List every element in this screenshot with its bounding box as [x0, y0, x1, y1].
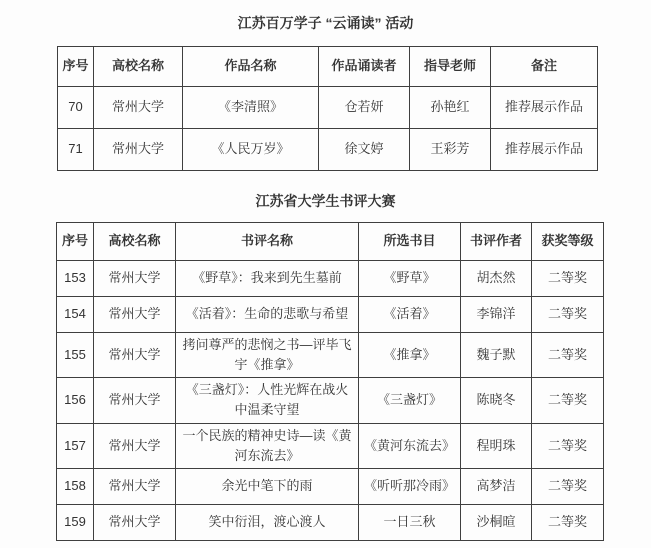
- table-cell: 158: [57, 468, 94, 504]
- table-cell: 二等奖: [532, 504, 604, 540]
- table-cell: 157: [57, 423, 94, 468]
- table-cell: 一日三秋: [359, 504, 461, 540]
- column-header: 所选书目: [359, 223, 461, 261]
- table-cell: 《活着》：生命的悲歌与希望: [176, 297, 359, 333]
- table-cell: 常州大学: [94, 297, 176, 333]
- table-cell: 王彩芳: [410, 129, 491, 171]
- table-cell: 二等奖: [532, 423, 604, 468]
- table-cell: 仓若妍: [319, 87, 410, 129]
- table-cell: 常州大学: [94, 261, 176, 297]
- table-cell: 孙艳红: [410, 87, 491, 129]
- book-review-contest-title: 江苏省大学生书评大赛: [0, 191, 651, 211]
- table-cell: 《李清照》: [183, 87, 319, 129]
- table-cell: 推荐展示作品: [491, 129, 598, 171]
- table-cell: 《野草》：我来到先生墓前: [176, 261, 359, 297]
- table-cell: 《三盏灯》：人性光辉在战火中温柔守望: [176, 378, 359, 423]
- table-row: 156常州大学《三盏灯》：人性光辉在战火中温柔守望《三盏灯》陈晓冬二等奖: [57, 378, 604, 423]
- table-cell: 推荐展示作品: [491, 87, 598, 129]
- table-cell: 二等奖: [532, 297, 604, 333]
- table-row: 158常州大学余光中笔下的雨《听听那冷雨》高梦洁二等奖: [57, 468, 604, 504]
- table-cell: 《三盏灯》: [359, 378, 461, 423]
- table-cell: 沙桐暄: [461, 504, 532, 540]
- table-cell: 71: [58, 129, 94, 171]
- table-cell: 《人民万岁》: [183, 129, 319, 171]
- table-cell: 70: [58, 87, 94, 129]
- column-header: 书评名称: [176, 223, 359, 261]
- table-cell: 二等奖: [532, 333, 604, 378]
- table-row: 154常州大学《活着》：生命的悲歌与希望《活着》李锦洋二等奖: [57, 297, 604, 333]
- table-row: 71常州大学《人民万岁》徐文婷王彩芳推荐展示作品: [58, 129, 598, 171]
- table-cell: 常州大学: [94, 468, 176, 504]
- table-cell: 常州大学: [94, 87, 183, 129]
- table-cell: 二等奖: [532, 468, 604, 504]
- table-cell: 常州大学: [94, 129, 183, 171]
- table-cell: 一个民族的精神史诗—读《黄河东流去》: [176, 423, 359, 468]
- table-cell: 《活着》: [359, 297, 461, 333]
- recitation-activity-section: 江苏百万学子 “云诵读” 活动 序号高校名称作品名称作品诵读者指导老师备注 70…: [0, 13, 651, 171]
- column-header: 序号: [58, 47, 94, 87]
- table-header-row: 序号高校名称书评名称所选书目书评作者获奖等级: [57, 223, 604, 261]
- table-row: 159常州大学笑中衍泪，渡心渡人一日三秋沙桐暄二等奖: [57, 504, 604, 540]
- table-cell: 余光中笔下的雨: [176, 468, 359, 504]
- table-cell: 153: [57, 261, 94, 297]
- document-page: 江苏百万学子 “云诵读” 活动 序号高校名称作品名称作品诵读者指导老师备注 70…: [0, 0, 651, 548]
- table-row: 157常州大学一个民族的精神史诗—读《黄河东流去》《黄河东流去》程明珠二等奖: [57, 423, 604, 468]
- column-header: 书评作者: [461, 223, 532, 261]
- table-cell: 拷问尊严的悲悯之书—评毕飞宇《推拿》: [176, 333, 359, 378]
- table-cell: 《听听那冷雨》: [359, 468, 461, 504]
- table-cell: 155: [57, 333, 94, 378]
- table-cell: 李锦洋: [461, 297, 532, 333]
- column-header: 指导老师: [410, 47, 491, 87]
- table-row: 70常州大学《李清照》仓若妍孙艳红推荐展示作品: [58, 87, 598, 129]
- column-header: 获奖等级: [532, 223, 604, 261]
- table-cell: 常州大学: [94, 504, 176, 540]
- table-row: 153常州大学《野草》：我来到先生墓前《野草》胡杰然二等奖: [57, 261, 604, 297]
- table-cell: 笑中衍泪，渡心渡人: [176, 504, 359, 540]
- table-cell: 二等奖: [532, 261, 604, 297]
- table-cell: 常州大学: [94, 378, 176, 423]
- table-header-row: 序号高校名称作品名称作品诵读者指导老师备注: [58, 47, 598, 87]
- table-cell: 二等奖: [532, 378, 604, 423]
- table-row: 155常州大学拷问尊严的悲悯之书—评毕飞宇《推拿》《推拿》魏子默二等奖: [57, 333, 604, 378]
- book-review-contest-section: 江苏省大学生书评大赛 序号高校名称书评名称所选书目书评作者获奖等级 153常州大…: [0, 191, 651, 541]
- table-cell: 程明珠: [461, 423, 532, 468]
- book-review-contest-table: 序号高校名称书评名称所选书目书评作者获奖等级 153常州大学《野草》：我来到先生…: [56, 222, 604, 541]
- table-cell: 胡杰然: [461, 261, 532, 297]
- table-cell: 魏子默: [461, 333, 532, 378]
- table-cell: 陈晓冬: [461, 378, 532, 423]
- table-cell: 《推拿》: [359, 333, 461, 378]
- recitation-activity-table: 序号高校名称作品名称作品诵读者指导老师备注 70常州大学《李清照》仓若妍孙艳红推…: [57, 46, 598, 171]
- table-cell: 154: [57, 297, 94, 333]
- column-header: 作品诵读者: [319, 47, 410, 87]
- table-cell: 《野草》: [359, 261, 461, 297]
- table-cell: 《黄河东流去》: [359, 423, 461, 468]
- table-cell: 常州大学: [94, 333, 176, 378]
- column-header: 序号: [57, 223, 94, 261]
- column-header: 高校名称: [94, 47, 183, 87]
- column-header: 作品名称: [183, 47, 319, 87]
- table-cell: 159: [57, 504, 94, 540]
- table-cell: 常州大学: [94, 423, 176, 468]
- table-cell: 156: [57, 378, 94, 423]
- table-cell: 徐文婷: [319, 129, 410, 171]
- column-header: 备注: [491, 47, 598, 87]
- recitation-activity-title: 江苏百万学子 “云诵读” 活动: [0, 13, 651, 33]
- table-cell: 高梦洁: [461, 468, 532, 504]
- column-header: 高校名称: [94, 223, 176, 261]
